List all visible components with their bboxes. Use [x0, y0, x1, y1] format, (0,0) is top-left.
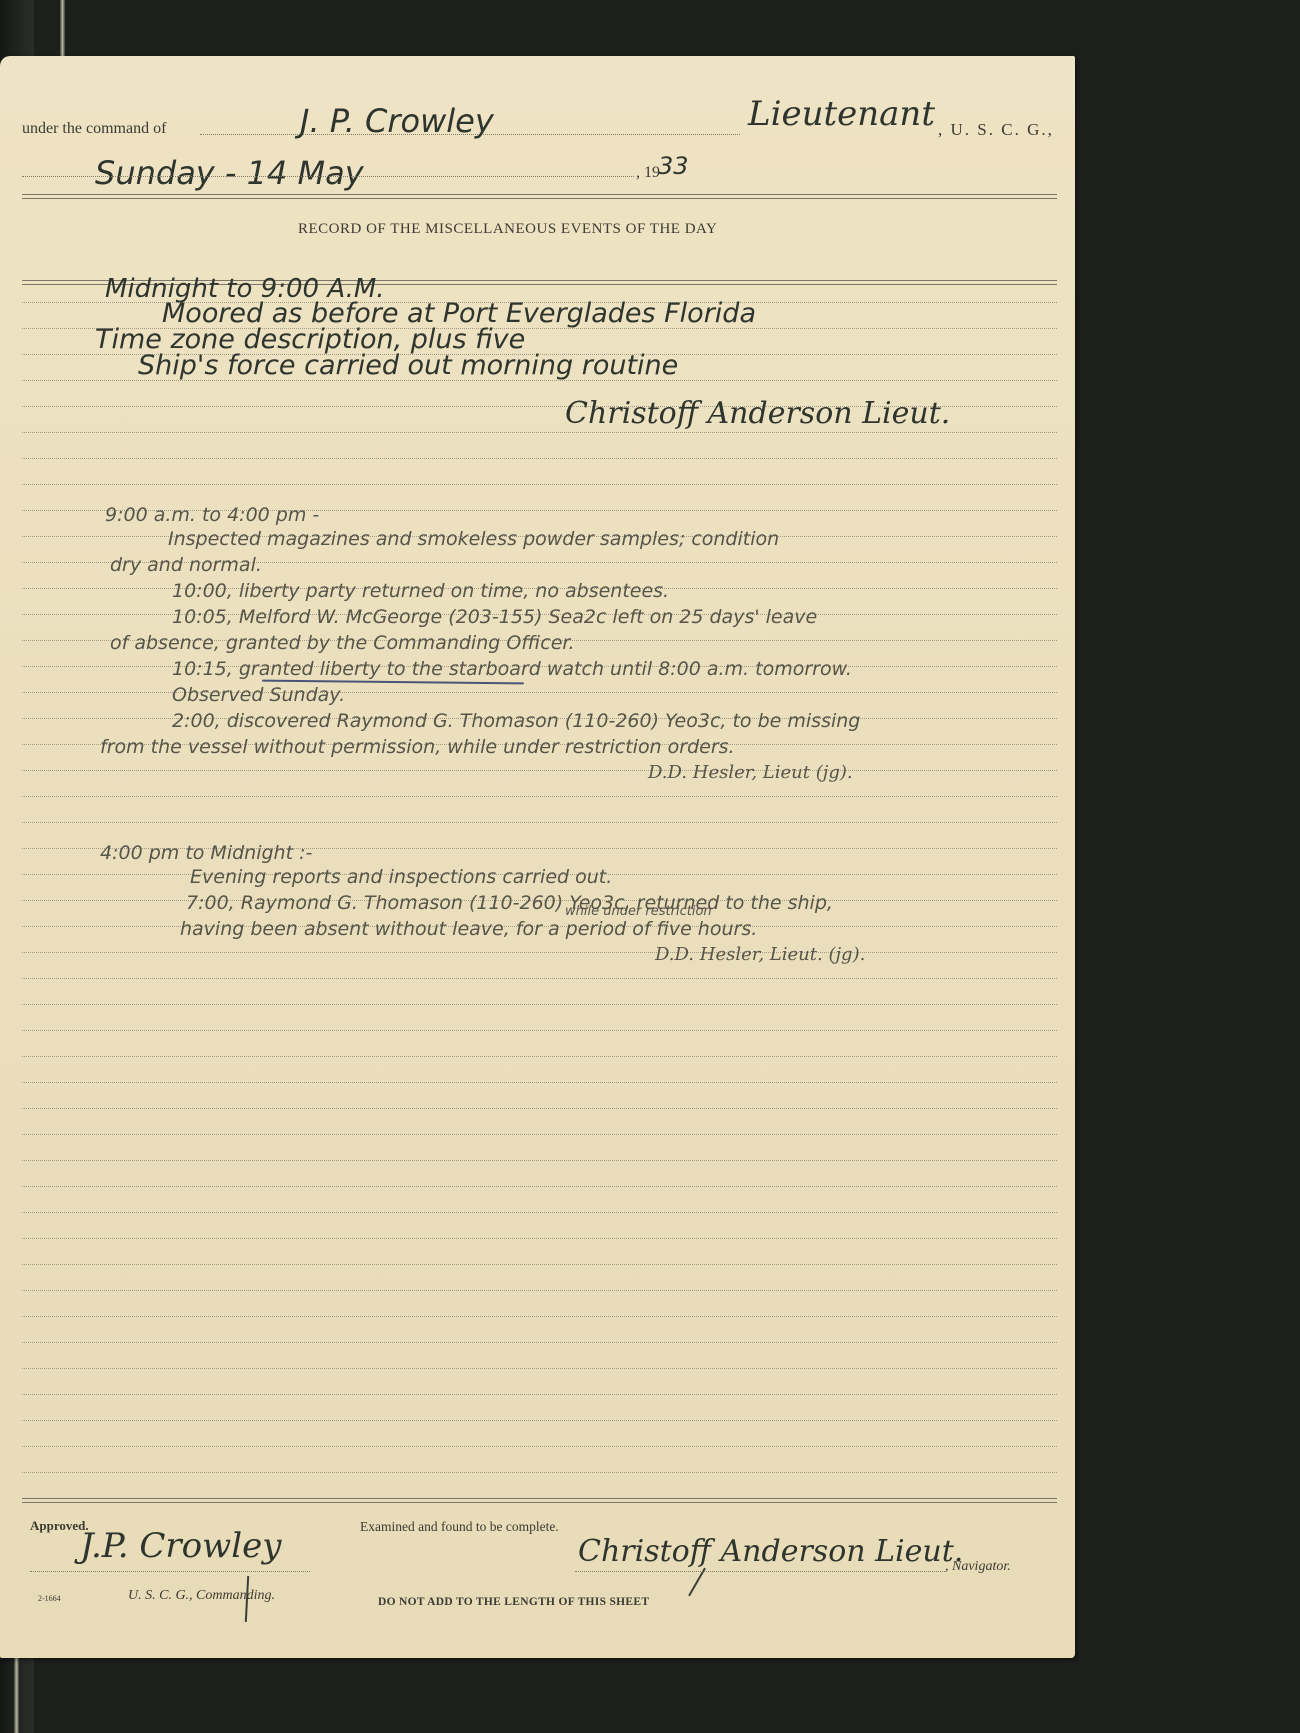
commanding-label: U. S. C. G., Commanding.	[128, 1588, 275, 1604]
logbook-page: under the command of J. P. Crowley Lieut…	[0, 56, 1075, 1658]
watch-line: 10:05, Melford W. McGeorge (203-155) Sea…	[172, 606, 817, 628]
form-number: 2-1664	[38, 1594, 61, 1603]
navigator-dotted-line	[575, 1571, 945, 1572]
header-divider-top	[22, 194, 1057, 199]
service-suffix: , U. S. C. G.,	[938, 120, 1054, 140]
command-label: under the command of	[22, 120, 166, 138]
footer-divider	[22, 1498, 1057, 1503]
examined-label: Examined and found to be complete.	[360, 1519, 559, 1535]
watch-line: Observed Sunday.	[172, 684, 345, 706]
year-written: 33	[658, 152, 689, 180]
log-date: Sunday - 14 May	[95, 154, 364, 192]
approval-dotted-line	[30, 1571, 310, 1572]
watch-line: 2:00, discovered Raymond G. Thomason (11…	[172, 710, 860, 732]
binding-thread-bottom	[14, 1655, 19, 1733]
officer-signature: D.D. Hesler, Lieut. (jg).	[655, 944, 865, 965]
length-notice: DO NOT ADD TO THE LENGTH OF THIS SHEET	[378, 1596, 649, 1608]
watch-line: 10:15, granted liberty to the starboard …	[172, 658, 852, 680]
watch-line: having been absent without leave, for a …	[180, 918, 757, 940]
approved-signature: J.P. Crowley	[80, 1526, 281, 1566]
date-dotted-line	[22, 176, 634, 177]
watch-line: dry and normal.	[110, 554, 262, 576]
watch-period: 9:00 a.m. to 4:00 pm -	[105, 504, 319, 526]
commander-rank: Lieutenant	[748, 94, 935, 134]
navigator-label: , Navigator.	[945, 1559, 1011, 1575]
watch-line: from the vessel without permission, whil…	[100, 736, 735, 758]
watch-line: 7:00, Raymond G. Thomason (110-260) Yeo3…	[186, 892, 833, 914]
year-printed: , 19	[636, 164, 660, 182]
watch-line: Inspected magazines and smokeless powder…	[168, 528, 779, 550]
watch-period: 4:00 pm to Midnight :-	[100, 842, 312, 864]
watch-line: 10:00, liberty party returned on time, n…	[172, 580, 669, 602]
navigator-signature: Christoff Anderson Lieut.	[578, 1534, 963, 1569]
watch-line: of absence, granted by the Commanding Of…	[110, 632, 575, 654]
watch-line: Evening reports and inspections carried …	[190, 866, 612, 888]
insertion-note: while under restriction	[565, 904, 712, 919]
commander-name: J. P. Crowley	[300, 102, 494, 140]
watch-line: Ship's force carried out morning routine	[138, 350, 678, 381]
officer-signature: Christoff Anderson Lieut.	[565, 396, 950, 431]
officer-signature: D.D. Hesler, Lieut (jg).	[648, 762, 853, 783]
section-title: RECORD OF THE MISCELLANEOUS EVENTS OF TH…	[298, 221, 717, 238]
